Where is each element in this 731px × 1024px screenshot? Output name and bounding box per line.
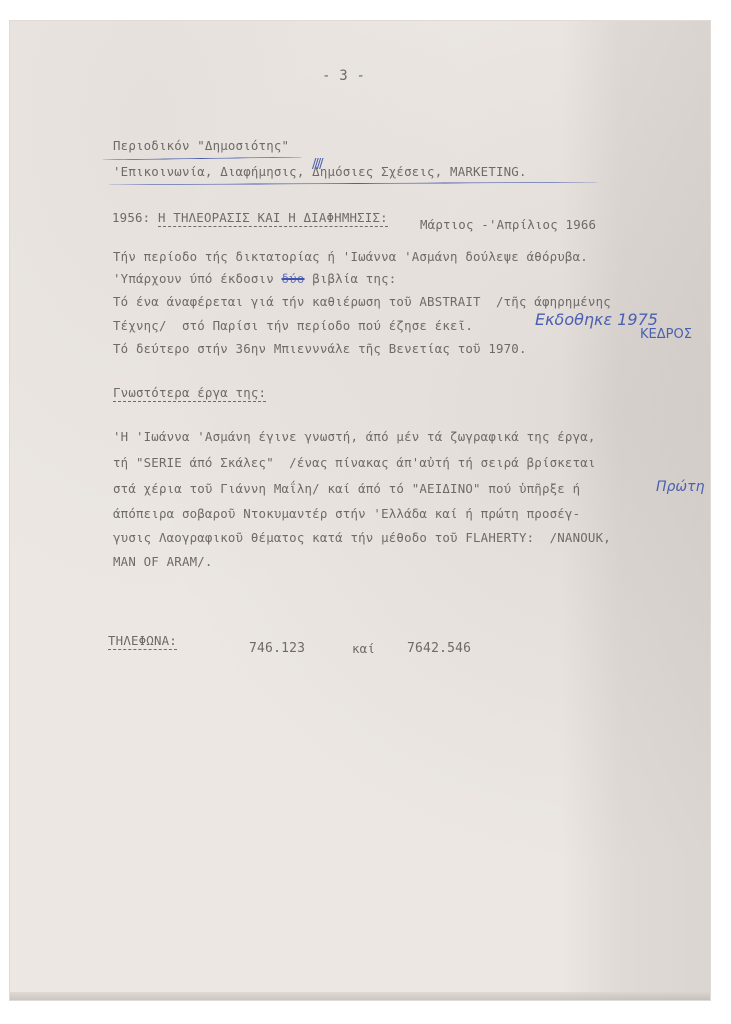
works-line-5: γυσις Λαογραφικοῦ θέματος κατά τήν μέθοδ…	[113, 530, 611, 545]
struck-word: δύο	[282, 271, 305, 286]
heading-year: 1956:	[112, 210, 150, 225]
body-line-1: Τήν περίοδο τής δικτατορίας ή 'Ιωάννα 'Α…	[113, 249, 588, 264]
heading-title: Η ΤΗΛΕΟΡΑΣΙΣ ΚΑΙ Η ΔΙΑΦΗΜΗΣΙΣ:	[158, 210, 388, 227]
body-line-2: 'Υπάρχουν ύπό έκδοσιν δύο βιβλία της:	[113, 271, 396, 286]
works-line-3: στά χέρια τοῦ Γιάννη Μαΐλη/ καί άπό τό "…	[113, 481, 580, 496]
works-line-1: 'Η 'Ιωάννα 'Ασμάνη έγινε γνωστή, άπό μέν…	[113, 429, 596, 444]
body-line-5: Τό δεύτερο στήν 36ην Μπιενννάλε τῆς Βενε…	[113, 341, 527, 356]
body-line-4: Τέχνης/ στό Παρίσι τήν περίοδο πού έζησε…	[113, 318, 473, 333]
page-number: - 3 -	[322, 68, 365, 84]
works-line-4: άπόπειρα σοβαροῦ Ντοκυμαντέρ στήν 'Ελλάδ…	[113, 506, 580, 521]
works-line-6: MAN OF ARAM/.	[113, 554, 213, 569]
scanned-page: - 3 - Περιοδικόν "Δημοσιότης" 'Επικοινων…	[10, 21, 710, 1000]
phone-conjunction: καί	[352, 641, 375, 656]
phone-number-1: 746.123	[249, 641, 305, 656]
publication-title: Περιοδικόν "Δημοσιότης"	[113, 138, 289, 153]
handwritten-publisher: ΚΕΔΡΟΣ	[640, 327, 692, 342]
works-heading: Γνωστότερα έργα της:	[113, 385, 266, 400]
heading-date: Μάρτιος -'Απρίλιος 1966	[420, 217, 596, 232]
phone-number-2: 7642.546	[407, 641, 471, 656]
scan-shadow	[560, 21, 710, 1000]
pen-underline-2	[108, 182, 598, 186]
works-line-2: τή "SERIE άπό Σκάλες" /ένας πίνακας άπ'α…	[113, 455, 596, 470]
pen-underline-1	[102, 157, 302, 161]
body-line-3: Τό ένα άναφέρεται γιά τήν καθιέρωση τοῦ …	[113, 294, 611, 309]
handwritten-first-word: Πρώτη	[656, 479, 704, 495]
article-heading: 1956: Η ΤΗΛΕΟΡΑΣΙΣ ΚΑΙ Η ΔΙΑΦΗΜΗΣΙΣ:	[112, 210, 388, 225]
pen-hatch-mark: ////	[312, 157, 322, 172]
phones-label: ΤΗΛΕΦΩΝΑ:	[108, 633, 177, 648]
